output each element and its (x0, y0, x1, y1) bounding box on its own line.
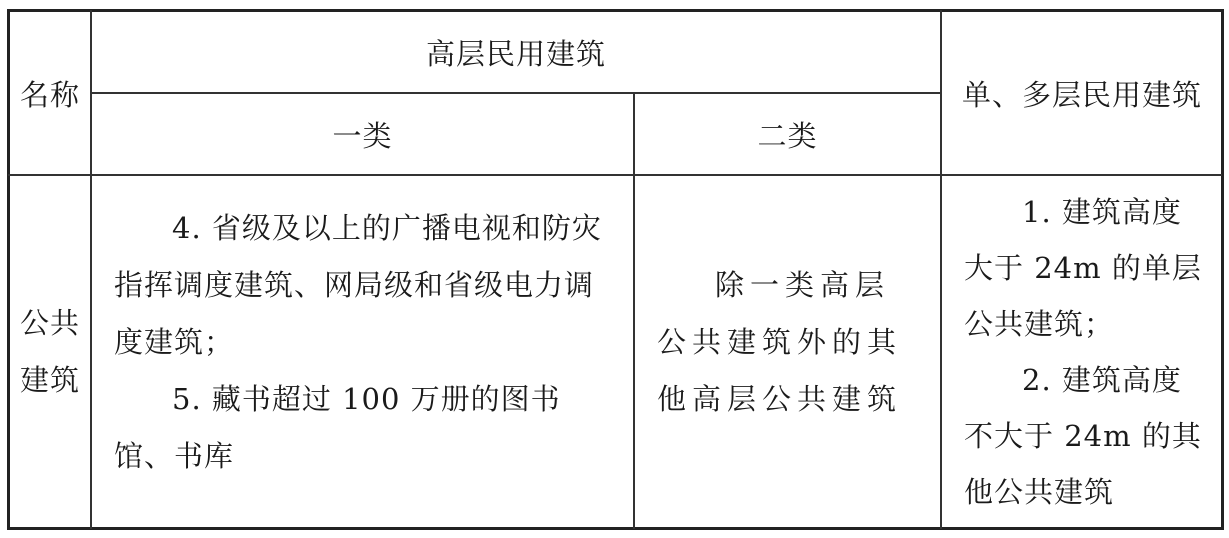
header-class-two-label: 二类 (757, 114, 817, 155)
class-two-text: 除一类高层公共建筑外的其他高层公共建筑 (657, 257, 918, 428)
header-class-one-label: 一类 (332, 114, 392, 155)
header-single-multi: 单、多层民用建筑 (942, 12, 1222, 174)
header-class-two: 二类 (635, 94, 940, 174)
class-one-item-4: 4. 省级及以上的广播电视和防灾指挥调度建筑、网局级和省级电力调度建筑； (114, 200, 609, 371)
single-multi-item-1: 1. 建筑高度大于 24m 的单层公共建筑； (964, 184, 1204, 352)
header-name: 名称 (10, 12, 90, 174)
row-class-one-cell: 4. 省级及以上的广播电视和防灾指挥调度建筑、网局级和省级电力调度建筑； 5. … (92, 176, 633, 528)
single-multi-item-2: 2. 建筑高度不大于 24m 的其他公共建筑 (964, 352, 1204, 520)
row-name-cell: 公共建筑 (10, 176, 90, 528)
header-class-one: 一类 (92, 94, 633, 174)
header-single-multi-label: 单、多层民用建筑 (962, 73, 1202, 114)
row-class-two-cell: 除一类高层公共建筑外的其他高层公共建筑 (635, 176, 940, 528)
row-name-label: 公共建筑 (20, 295, 80, 409)
row-single-multi-cell: 1. 建筑高度大于 24m 的单层公共建筑； 2. 建筑高度不大于 24m 的其… (942, 176, 1222, 528)
header-high-rise: 高层民用建筑 (92, 12, 940, 92)
class-one-item-5: 5. 藏书超过 100 万册的图书馆、书库 (114, 371, 609, 485)
header-name-label: 名称 (20, 73, 80, 114)
header-high-rise-label: 高层民用建筑 (426, 32, 606, 73)
